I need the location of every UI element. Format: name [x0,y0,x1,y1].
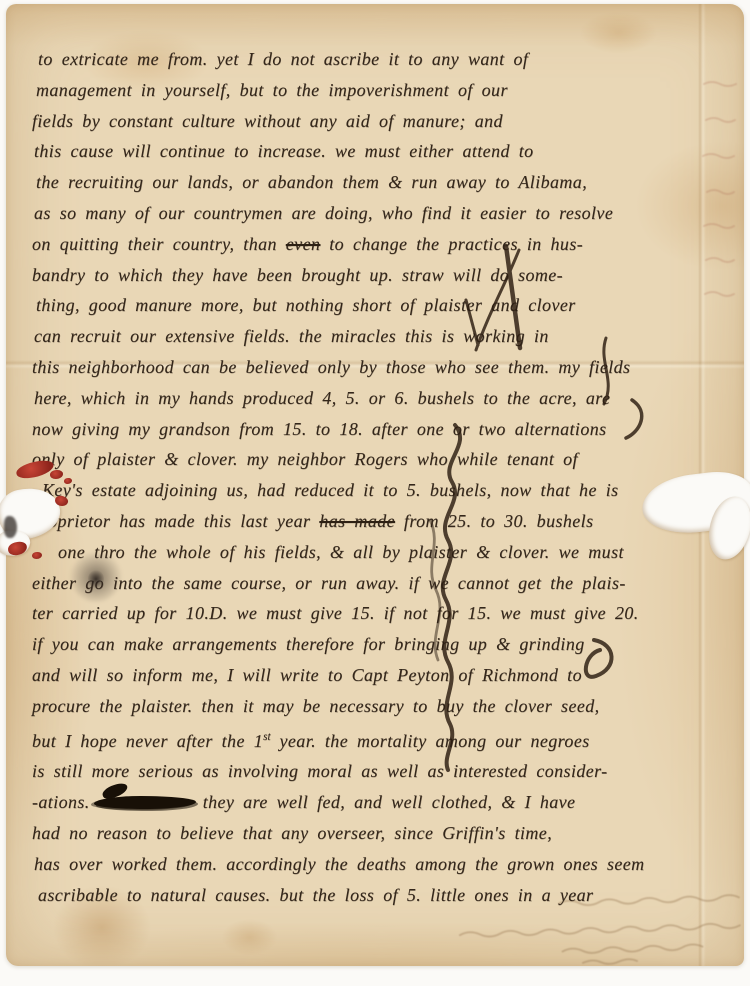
letter-line: fields by constant culture without any a… [32,106,726,137]
text-segment: procure the plaister. then it may be nec… [32,696,600,716]
ink-smudge-core [88,570,104,588]
letter-line: can recruit our extensive fields. the mi… [34,321,726,352]
text-segment: only of plaister & clover. my neighbor R… [32,449,578,469]
letter-line: on quitting their country, than even to … [32,229,726,260]
letter-line: procure the plaister. then it may be nec… [32,691,726,722]
text-segment: on quitting their country, than [32,234,286,254]
text-segment: can recruit our extensive fields. the mi… [34,326,549,346]
text-segment: from 25. to 30. bushels [395,511,593,531]
letter-line: Key's estate adjoining us, had reduced i… [42,475,726,506]
letter-line: either go into the same course, or run a… [32,568,726,599]
letter-line: is still more serious as involving moral… [32,756,726,787]
text-segment: fields by constant culture without any a… [32,111,503,131]
letter-line: to extricate me from. yet I do not ascri… [38,44,726,75]
text-segment: thing, good manure more, but nothing sho… [36,295,576,315]
letter-line: now giving my grandson from 15. to 18. a… [32,414,726,445]
edge-ink-blot [4,516,17,538]
text-segment: st [263,731,270,743]
text-segment: if you can make arrangements therefore f… [32,634,585,654]
letter-line: had no reason to believe that any overse… [32,818,726,849]
letter-page: to extricate me from. yet I do not ascri… [6,4,744,966]
text-segment: ter carried up for 10.D. we must give 15… [32,603,639,623]
struck-out-blot [94,796,196,809]
text-segment: year. the mortality among our negroes [271,731,590,751]
text-segment: but I hope never after the 1 [32,731,263,751]
letter-line: proprietor has made this last year has m… [32,506,726,537]
text-segment: had no reason to believe that any overse… [32,823,552,843]
letter-line: ter carried up for 10.D. we must give 15… [32,598,726,629]
text-segment: they are well fed, and well clothed, & I… [203,792,576,812]
letter-line: one thro the whole of his fields, & all … [58,537,726,568]
text-segment: proprietor has made this last year [32,511,319,531]
letter-line: only of plaister & clover. my neighbor R… [32,444,726,475]
letter-line: bandry to which they have been brought u… [32,260,726,291]
text-segment: even [286,234,321,254]
text-segment: has over worked them. accordingly the de… [34,854,645,874]
letter-line: the recruiting our lands, or abandon the… [36,167,726,198]
letter-line: as so many of our countrymen are doing, … [34,198,726,229]
text-segment: and will so inform me, I will write to C… [32,665,582,685]
letter-line: thing, good manure more, but nothing sho… [36,290,726,321]
text-segment: management in yourself, but to the impov… [36,80,508,100]
letter-text-block: to extricate me from. yet I do not ascri… [32,44,726,910]
letter-line: but I hope never after the 1st year. the… [32,722,726,757]
letter-line: ascribable to natural causes. but the lo… [38,880,726,911]
text-segment: this neighborhood can be believed only b… [32,357,630,377]
text-segment: to extricate me from. yet I do not ascri… [38,49,528,69]
text-segment: one thro the whole of his fields, & all … [58,542,624,562]
letter-line: and will so inform me, I will write to C… [32,660,726,691]
text-segment: ascribable to natural causes. but the lo… [38,885,593,905]
letter-line: if you can make arrangements therefore f… [32,629,726,660]
scan-background: to extricate me from. yet I do not ascri… [0,0,750,986]
text-segment: the recruiting our lands, or abandon the… [36,172,587,192]
text-segment: now giving my grandson from 15. to 18. a… [32,419,607,439]
text-segment: as so many of our countrymen are doing, … [34,203,613,223]
text-segment: here, which in my hands produced 4, 5. o… [34,388,610,408]
letter-line: here, which in my hands produced 4, 5. o… [34,383,726,414]
text-segment: -ations. [32,792,90,812]
text-segment: this cause will continue to increase. we… [34,141,534,161]
text-segment: has made [319,511,395,531]
text-segment: to change the practices in hus- [320,234,583,254]
text-segment: is still more serious as involving moral… [32,761,608,781]
letter-line: this neighborhood can be believed only b… [32,352,726,383]
letter-line: -ations.they are well fed, and well clot… [32,787,726,818]
text-segment: bandry to which they have been brought u… [32,265,563,285]
letter-line: has over worked them. accordingly the de… [34,849,726,880]
letter-line: management in yourself, but to the impov… [36,75,726,106]
wax-seal-remnant [7,541,28,557]
letter-line: this cause will continue to increase. we… [34,136,726,167]
text-segment: Key's estate adjoining us, had reduced i… [42,480,619,500]
